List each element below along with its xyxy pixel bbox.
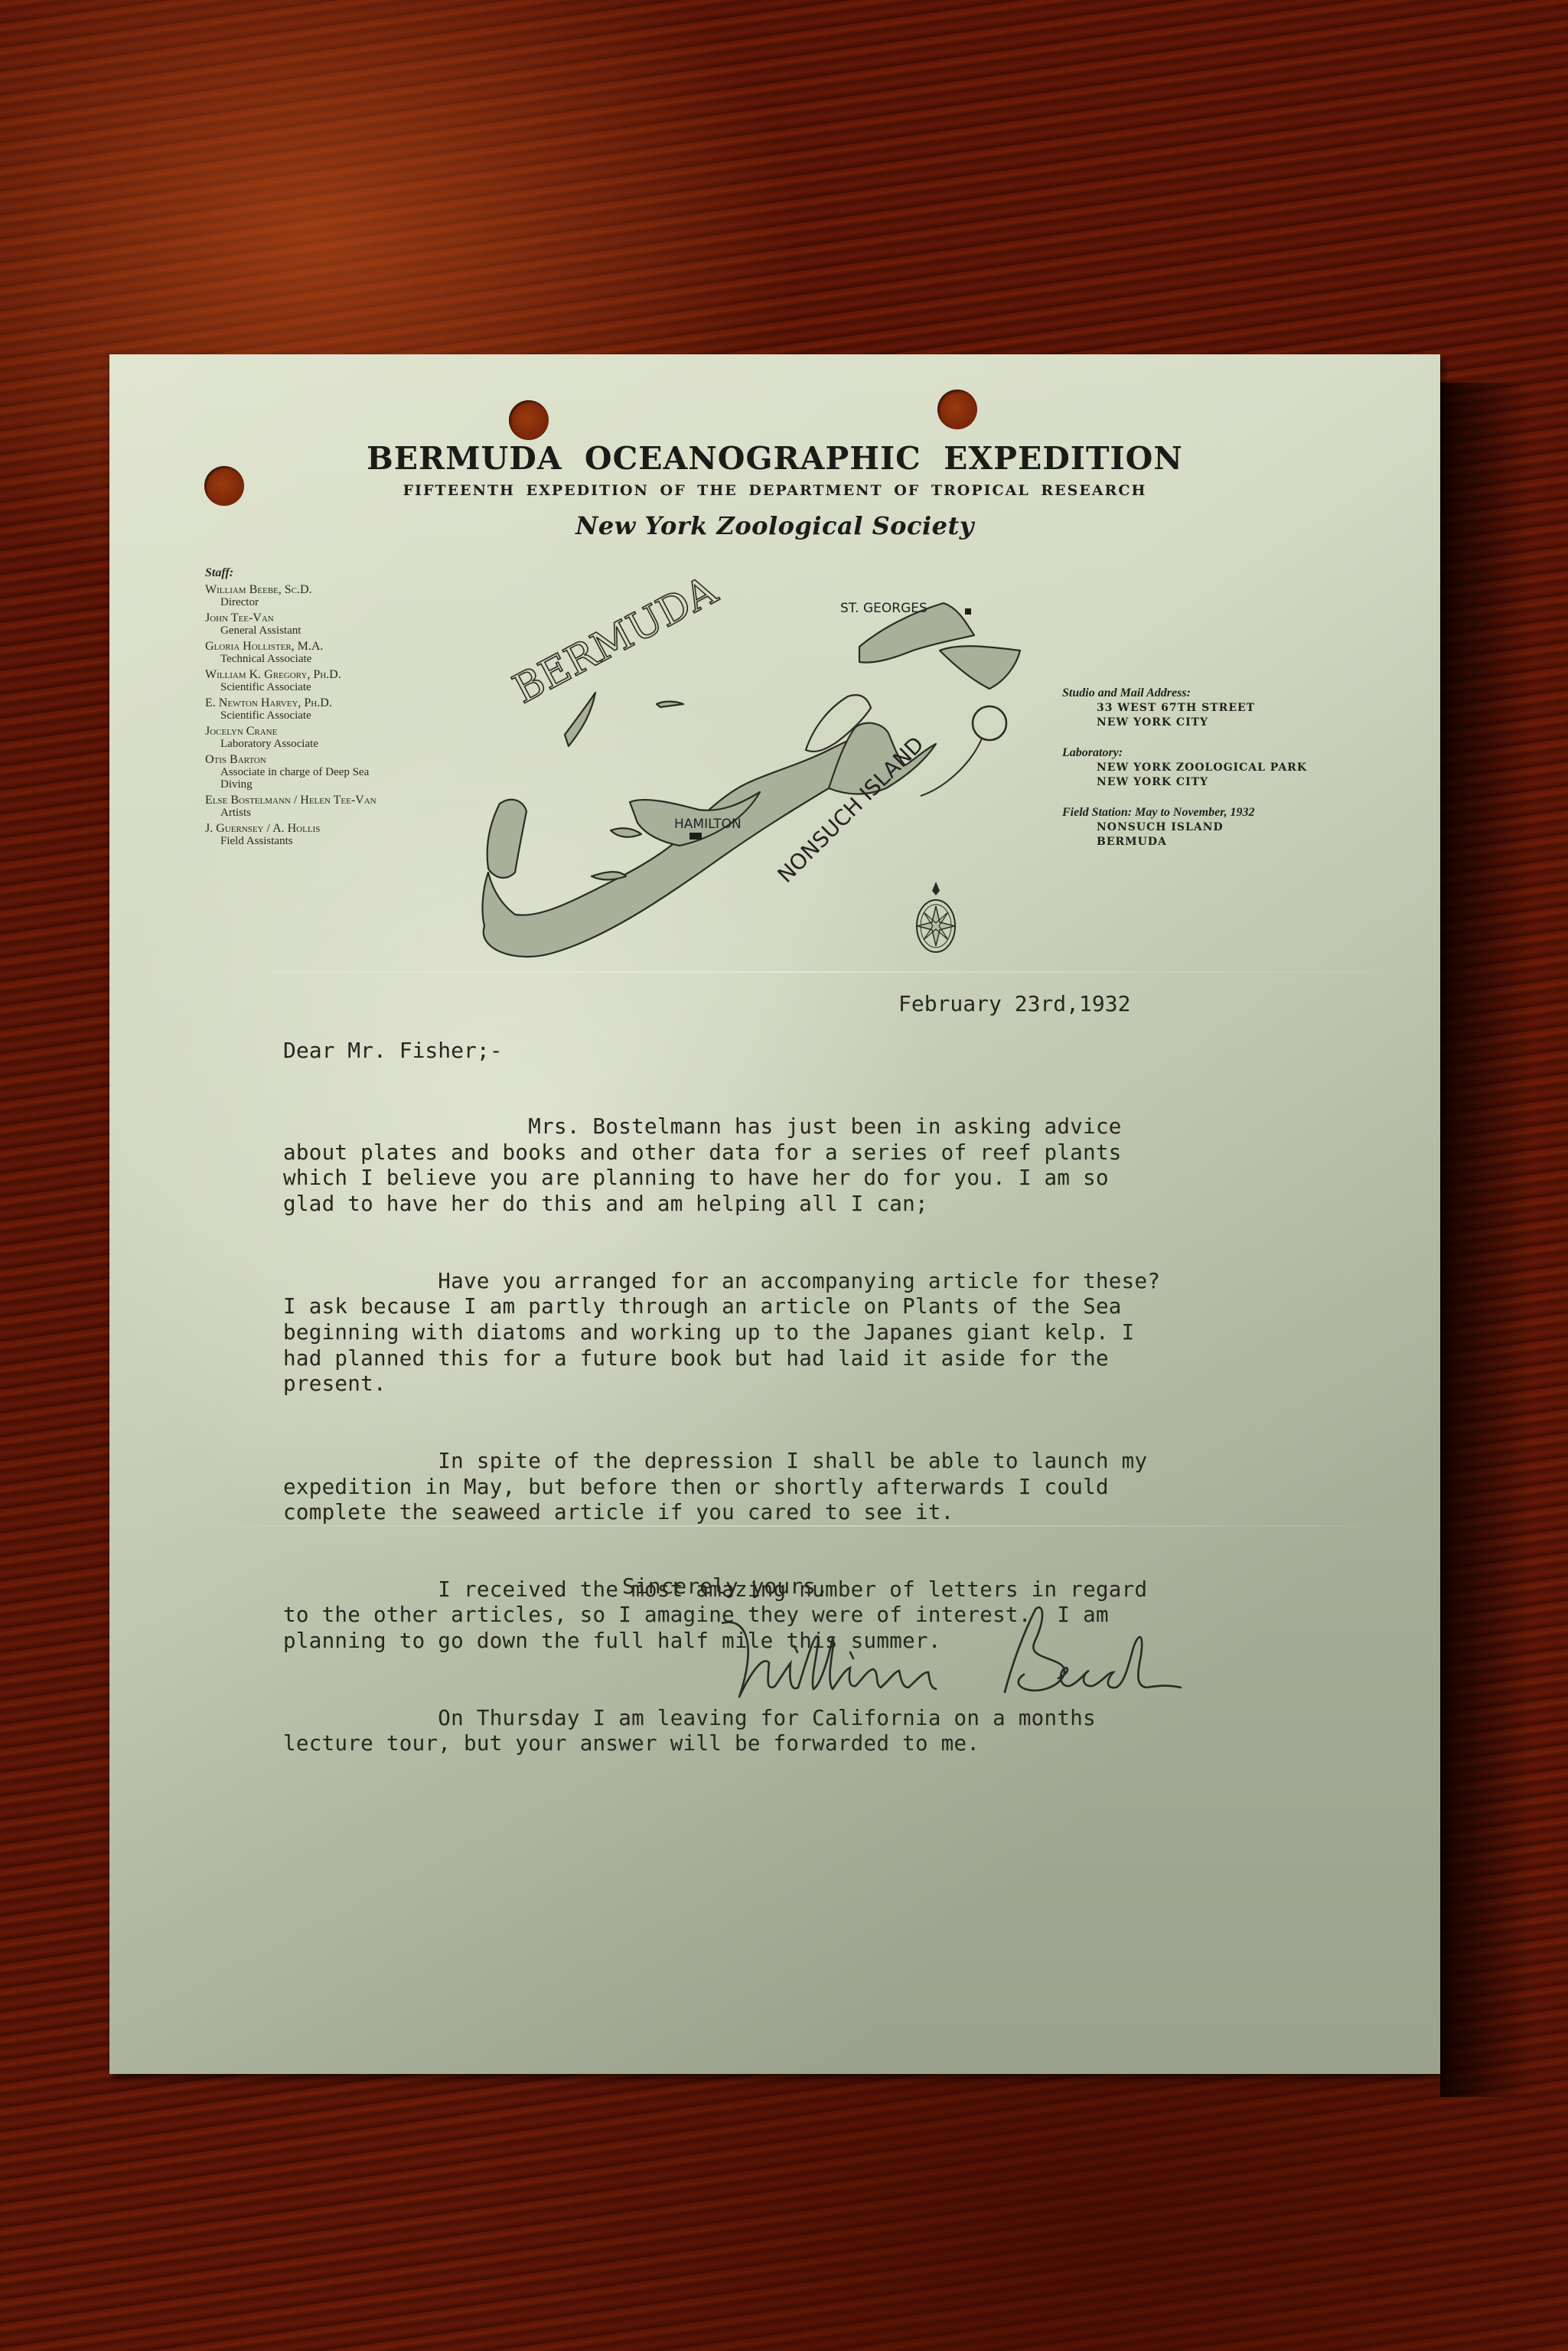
staff-name: Jocelyn Crane: [205, 725, 396, 738]
staff-entry: William K. Gregory, Ph.D. Scientific Ass…: [205, 668, 396, 693]
staff-entry: Gloria Hollister, M.A. Technical Associa…: [205, 640, 396, 665]
staff-entry: E. Newton Harvey, Ph.D. Scientific Assoc…: [205, 696, 396, 722]
address-line: NEW YORK ZOOLOGICAL PARK: [1062, 761, 1384, 775]
map-title: BERMUDA: [506, 567, 725, 713]
staff-name: Else Bostelmann / Helen Tee-Van: [205, 794, 396, 807]
staff-role: Scientific Associate: [205, 681, 396, 693]
address-block: Studio and Mail Address: 33 WEST 67TH ST…: [1062, 686, 1384, 730]
address-label: Studio and Mail Address:: [1062, 686, 1384, 701]
staff-role: Technical Associate: [205, 653, 396, 665]
staff-role: Artists: [205, 807, 396, 819]
compass-rose-icon: [917, 882, 955, 952]
letter-paragraph: Have you arranged for an accompanying ar…: [283, 1269, 1160, 1397]
address-label: Laboratory:: [1062, 745, 1384, 761]
staff-entry: Otis Barton Associate in charge of Deep …: [205, 753, 396, 791]
punch-hole: [509, 400, 549, 440]
address-line: NONSUCH ISLAND: [1062, 820, 1384, 835]
staff-role: Associate in charge of Deep Sea Diving: [205, 766, 396, 791]
letter-page: BERMUDA OCEANOGRAPHIC EXPEDITION FIFTEEN…: [109, 354, 1440, 2074]
address-line: NEW YORK CITY: [1062, 716, 1384, 730]
staff-entry: Jocelyn Crane Laboratory Associate: [205, 725, 396, 750]
bermuda-map: BERMUDA ST. GEORGES HAMILTON NONSUCH ISL…: [469, 566, 1035, 964]
letter-paragraph: In spite of the depression I shall be ab…: [283, 1449, 1160, 1526]
letter-date: February 23rd,1932: [898, 991, 1130, 1016]
staff-list: Staff: William Beebe, Sc.D. Director Joh…: [205, 566, 396, 850]
punch-hole: [937, 390, 977, 429]
staff-role: Director: [205, 596, 396, 608]
address-line: BERMUDA: [1062, 835, 1384, 849]
staff-name: J. Guernsey / A. Hollis: [205, 822, 396, 835]
signature-scrawl: [722, 1602, 1219, 1709]
svg-text:ST. GEORGES: ST. GEORGES: [840, 601, 927, 616]
addresses: Studio and Mail Address: 33 WEST 67TH ST…: [1062, 686, 1384, 865]
staff-role: Laboratory Associate: [205, 738, 396, 750]
address-block: Field Station: May to November, 1932 NON…: [1062, 805, 1384, 849]
staff-name: William K. Gregory, Ph.D.: [205, 668, 396, 681]
letterhead-title: BERMUDA OCEANOGRAPHIC EXPEDITION: [109, 440, 1440, 477]
fleur-de-lis-icon: [932, 882, 940, 895]
signature: William Beebe: [722, 1602, 1219, 1709]
letterhead-subtitle: FIFTEENTH EXPEDITION OF THE DEPARTMENT O…: [109, 482, 1440, 499]
letter-closing: Sincerely yours,: [622, 1573, 829, 1599]
staff-role: Scientific Associate: [205, 709, 396, 722]
letter-paragraph: On Thursday I am leaving for California …: [283, 1706, 1160, 1757]
address-line: NEW YORK CITY: [1062, 775, 1384, 790]
staff-name: E. Newton Harvey, Ph.D.: [205, 696, 396, 709]
address-line: 33 WEST 67TH STREET: [1062, 701, 1384, 716]
letter-paragraph: Mrs. Bostelmann has just been in asking …: [283, 1114, 1160, 1217]
staff-entry: Else Bostelmann / Helen Tee-Van Artists: [205, 794, 396, 819]
staff-role: General Assistant: [205, 624, 396, 637]
letterhead-society: New York Zoological Society: [109, 511, 1440, 540]
staff-name: William Beebe, Sc.D.: [205, 583, 396, 596]
staff-name: Otis Barton: [205, 753, 396, 766]
staff-entry: John Tee-Van General Assistant: [205, 611, 396, 637]
staff-role: Field Assistants: [205, 835, 396, 847]
paper-fold: [109, 971, 1440, 973]
paper-shadow: [1440, 383, 1532, 2097]
staff-entry: William Beebe, Sc.D. Director: [205, 583, 396, 608]
staff-entry: J. Guernsey / A. Hollis Field Assistants: [205, 822, 396, 847]
letter-salutation: Dear Mr. Fisher;-: [283, 1038, 503, 1063]
address-label: Field Station: May to November, 1932: [1062, 805, 1384, 820]
svg-text:HAMILTON: HAMILTON: [674, 817, 742, 832]
staff-name: John Tee-Van: [205, 611, 396, 624]
staff-label: Staff:: [205, 566, 396, 580]
address-block: Laboratory: NEW YORK ZOOLOGICAL PARK NEW…: [1062, 745, 1384, 790]
staff-name: Gloria Hollister, M.A.: [205, 640, 396, 653]
